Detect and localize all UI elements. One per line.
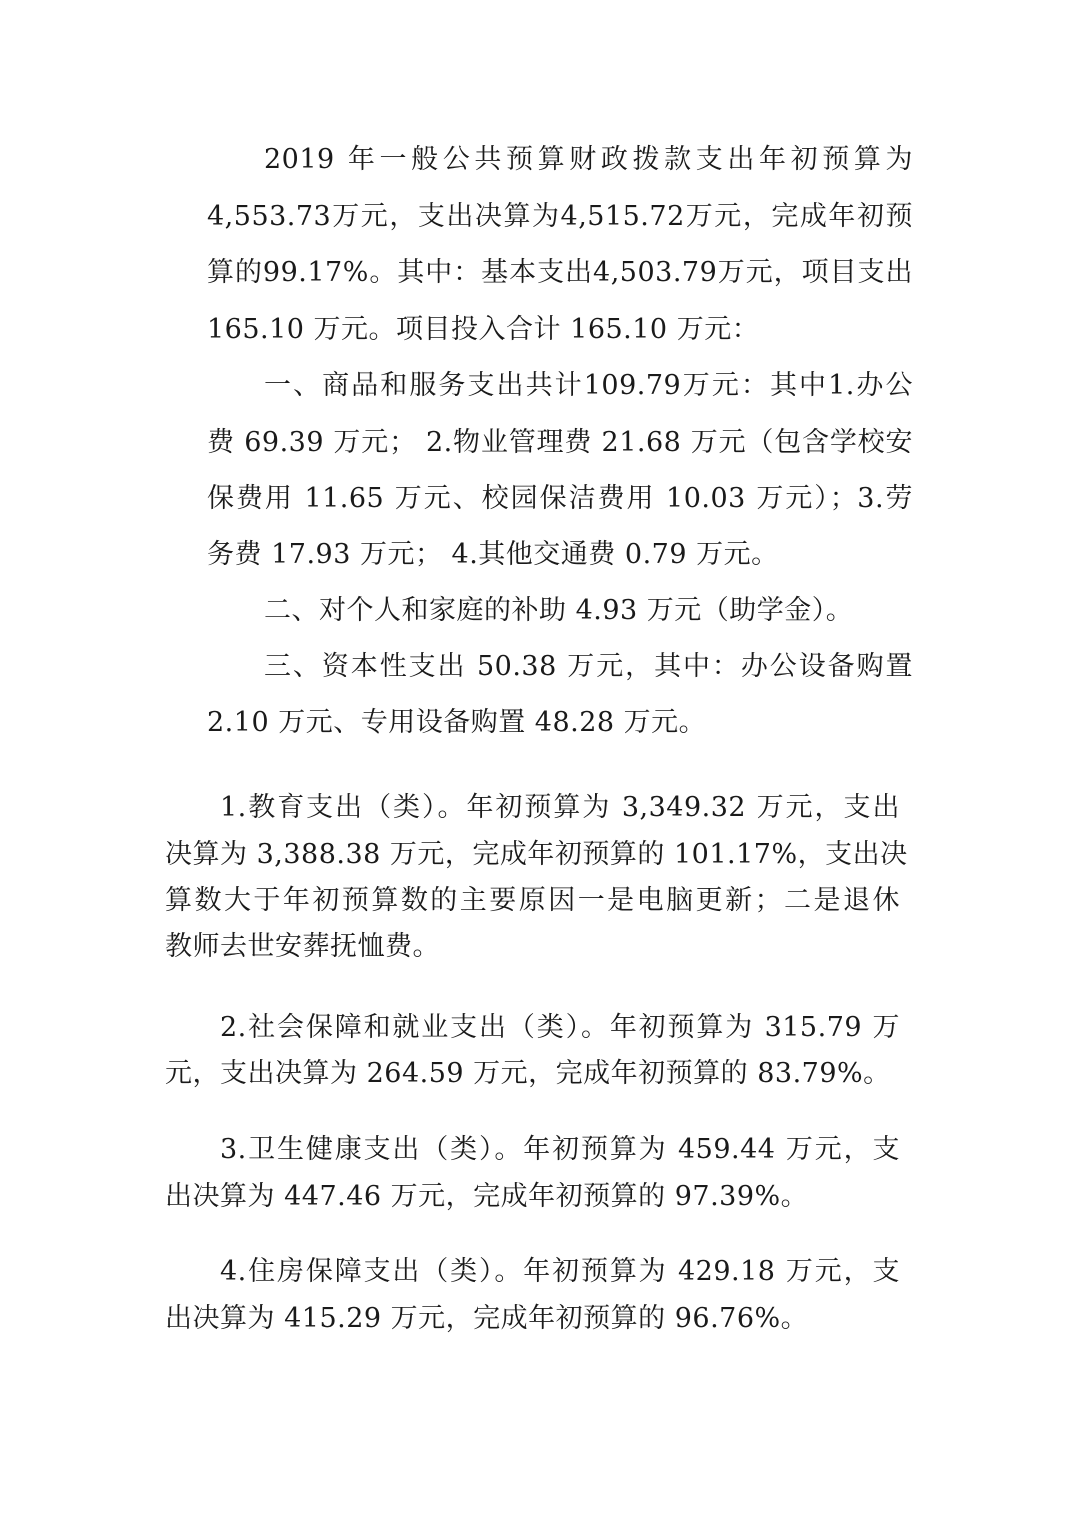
text-line: 算的99.17%。其中：基本支出4,503.79万元，项目支出: [207, 256, 913, 290]
text-line: 务费 17.93 万元； 4.其他交通费 0.79 万元。: [207, 538, 913, 572]
text-line: 一、商品和服务支出共计109.79万元：其中1.办公: [264, 369, 913, 403]
text-line: 出决算为 447.46 万元，完成年初预算的 97.39%。: [165, 1180, 900, 1214]
text-line: 出决算为 415.29 万元，完成年初预算的 96.76%。: [165, 1302, 900, 1336]
text-line: 2.10 万元、专用设备购置 48.28 万元。: [207, 706, 913, 740]
text-line: 3.卫生健康支出（类）。年初预算为 459.44 万元，支: [220, 1133, 900, 1167]
text-line: 保费用 11.65 万元、校园保洁费用 10.03 万元）；3.劳: [207, 482, 913, 516]
text-line: 1.教育支出（类）。年初预算为 3,349.32 万元，支出: [220, 791, 900, 825]
document-page: 2019 年一般公共预算财政拨款支出年初预算为 4,553.73万元，支出决算为…: [0, 0, 1075, 1520]
text-line: 2019 年一般公共预算财政拨款支出年初预算为: [264, 143, 913, 177]
text-line: 4,553.73万元，支出决算为4,515.72万元，完成年初预: [207, 200, 913, 234]
text-line: 二、对个人和家庭的补助 4.93 万元（助学金）。: [264, 594, 913, 628]
text-line: 元，支出决算为 264.59 万元，完成年初预算的 83.79%。: [165, 1057, 900, 1091]
text-line: 4.住房保障支出（类）。年初预算为 429.18 万元，支: [220, 1255, 900, 1289]
text-line: 165.10 万元。项目投入合计 165.10 万元：: [207, 313, 913, 347]
text-line: 算数大于年初预算数的主要原因一是电脑更新；二是退休: [165, 884, 900, 918]
text-line: 决算为 3,388.38 万元，完成年初预算的 101.17%，支出决: [165, 838, 900, 872]
text-line: 教师去世安葬抚恤费。: [165, 930, 900, 964]
text-line: 三、资本性支出 50.38 万元，其中：办公设备购置: [264, 650, 913, 684]
text-line: 2.社会保障和就业支出（类）。年初预算为 315.79 万: [220, 1011, 900, 1045]
text-line: 费 69.39 万元； 2.物业管理费 21.68 万元（包含学校安: [207, 426, 913, 460]
